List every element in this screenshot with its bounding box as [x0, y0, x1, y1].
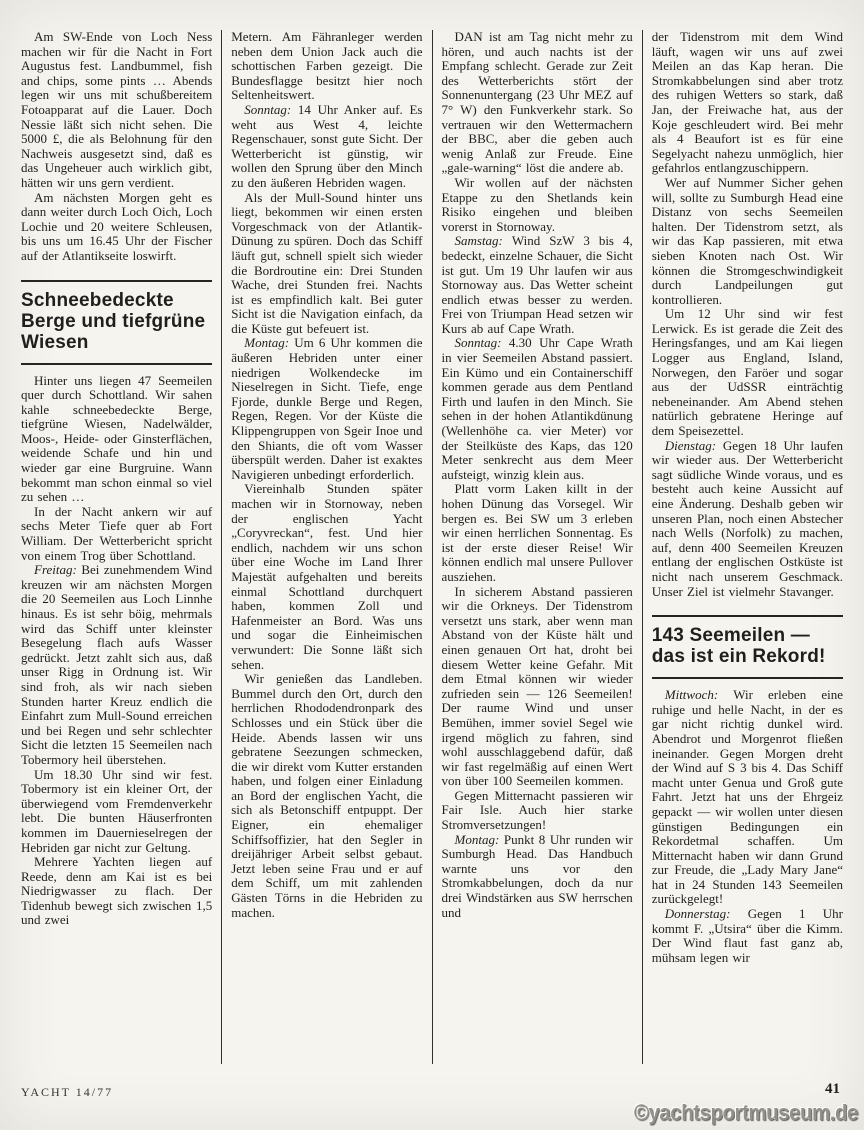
day-label: Montag: [455, 832, 504, 847]
text-column-3: DAN ist am Tag nicht mehr zu hören, und … [432, 30, 642, 1064]
page-number: 41 [825, 1081, 840, 1098]
paragraph: Am nächsten Morgen geht es dann weiter d… [21, 191, 212, 264]
magazine-issue-label: YACHT 14/77 [21, 1085, 113, 1100]
paragraph: In sicherem Abstand passieren wir die Or… [442, 585, 633, 789]
paragraph: Viereinhalb Stunden später machen wir in… [231, 482, 422, 672]
section-heading: 143 Seemeilen — das ist ein Rekord! [652, 615, 843, 679]
paragraph: Platt vorm Laken killt in der hohen Dünu… [442, 482, 633, 584]
paragraph: Montag: Um 6 Uhr kommen die äußeren Hebr… [231, 336, 422, 482]
day-label: Sonntag: [244, 102, 298, 117]
paragraph: Montag: Punkt 8 Uhr runden wir Sumburgh … [442, 833, 633, 921]
paragraph: Metern. Am Fähranleger werden neben dem … [231, 30, 422, 103]
day-label: Montag: [244, 335, 294, 350]
day-label: Sonntag: [455, 335, 509, 350]
watermark: ©yachtsportmuseum.de [634, 1100, 858, 1126]
text-column-1: Am SW-Ende von Loch Ness machen wir für … [21, 30, 221, 1064]
paragraph: Wer auf Nummer Sicher gehen will, sollte… [652, 176, 843, 307]
paragraph: Dienstag: Gegen 18 Uhr laufen wir wieder… [652, 439, 843, 600]
paragraph: Gegen Mitternacht passieren wir Fair Isl… [442, 789, 633, 833]
paragraph: Sonntag: 4.30 Uhr Cape Wrath in vier See… [442, 336, 633, 482]
day-label: Freitag: [34, 562, 81, 577]
paragraph: Wir genießen das Landleben. Bummel durch… [231, 672, 422, 920]
paragraph: Freitag: Bei zunehmendem Wind kreuzen wi… [21, 563, 212, 767]
paragraph: Mittwoch: Wir erleben eine ruhige und he… [652, 688, 843, 907]
paragraph: Als der Mull-Sound hinter uns liegt, bek… [231, 191, 422, 337]
paragraph: Hinter uns liegen 47 Seemeilen quer durc… [21, 374, 212, 505]
paragraph: Am SW-Ende von Loch Ness machen wir für … [21, 30, 212, 191]
paragraph: Wir wollen auf der nächsten Etappe zu de… [442, 176, 633, 234]
paragraph: Sonntag: 14 Uhr Anker auf. Es weht aus W… [231, 103, 422, 191]
day-label: Samstag: [455, 233, 512, 248]
paragraph: Donnerstag: Gegen 1 Uhr kommt F. „Utsira… [652, 907, 843, 965]
paragraph: Mehrere Yachten liegen auf Reede, denn a… [21, 855, 212, 928]
day-label: Donnerstag: [665, 906, 748, 921]
paragraph: DAN ist am Tag nicht mehr zu hören, und … [442, 30, 633, 176]
magazine-page: Am SW-Ende von Loch Ness machen wir für … [0, 0, 864, 1130]
paragraph: Um 12 Uhr sind wir fest Lerwick. Es ist … [652, 307, 843, 438]
paragraph: Um 18.30 Uhr sind wir fest. Tobermory is… [21, 768, 212, 856]
paragraph: In der Nacht ankern wir auf sechs Meter … [21, 505, 212, 563]
paragraph: der Tidenstrom mit dem Wind läuft, wagen… [652, 30, 843, 176]
day-label: Dienstag: [665, 438, 723, 453]
text-column-4: der Tidenstrom mit dem Wind läuft, wagen… [642, 30, 843, 1064]
text-column-2: Metern. Am Fähranleger werden neben dem … [221, 30, 431, 1064]
paragraph: Samstag: Wind SzW 3 bis 4, bedeckt, einz… [442, 234, 633, 336]
section-heading: Schneebedeckte Berge und tiefgrüne Wiese… [21, 280, 212, 365]
day-label: Mittwoch: [665, 687, 734, 702]
article-columns: Am SW-Ende von Loch Ness machen wir für … [21, 30, 843, 1064]
